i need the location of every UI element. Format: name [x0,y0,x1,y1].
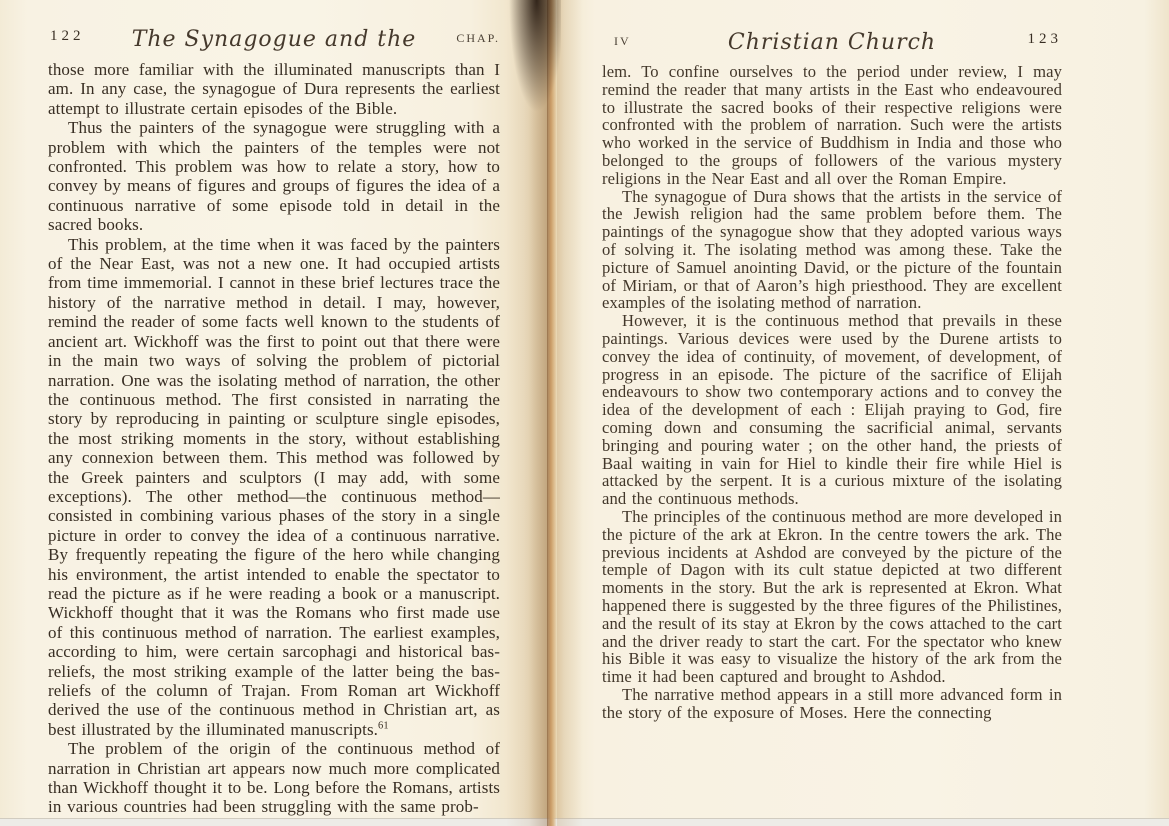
chapter-numeral: IV [614,34,631,49]
right-page-header: IV Christian Church 123 [602,30,1062,56]
paragraph: The problem of the origin of the continu… [48,739,500,817]
right-page-number: 123 [1028,31,1063,48]
paragraph: This problem, at the time when it was fa… [48,235,500,740]
chapter-label: CHAP. [456,31,500,46]
gutter-top-shadow [497,0,561,155]
paragraph: The synagogue of Dura shows that the art… [602,188,1062,313]
paragraph: those more familiar with the illuminated… [48,60,500,118]
left-running-title: The Synagogue and the [48,27,500,52]
left-page-text: those more familiar with the illuminated… [48,60,500,817]
paragraph: Thus the painters of the synagogue were … [48,118,500,234]
paragraph: However, it is the continuous method tha… [602,312,1062,508]
paragraph-text: This problem, at the time when it was fa… [48,235,500,739]
book-scan: 122 The Synagogue and the CHAP. those mo… [0,0,1169,826]
footnote-reference: 61 [378,720,389,731]
left-page-header: 122 The Synagogue and the CHAP. [48,27,500,53]
right-page-text: lem. To confine ourselves to the period … [602,63,1062,721]
left-page-number: 122 [50,28,85,45]
paragraph: lem. To confine ourselves to the period … [602,63,1062,188]
paragraph: The principles of the continuous method … [602,508,1062,686]
scanner-edge-strip [0,818,1169,826]
paragraph: The narrative method appears in a still … [602,686,1062,722]
right-running-title: Christian Church [602,30,1062,55]
right-page: IV Christian Church 123 lem. To confine … [552,0,1169,826]
left-page: 122 The Synagogue and the CHAP. those mo… [0,0,552,826]
